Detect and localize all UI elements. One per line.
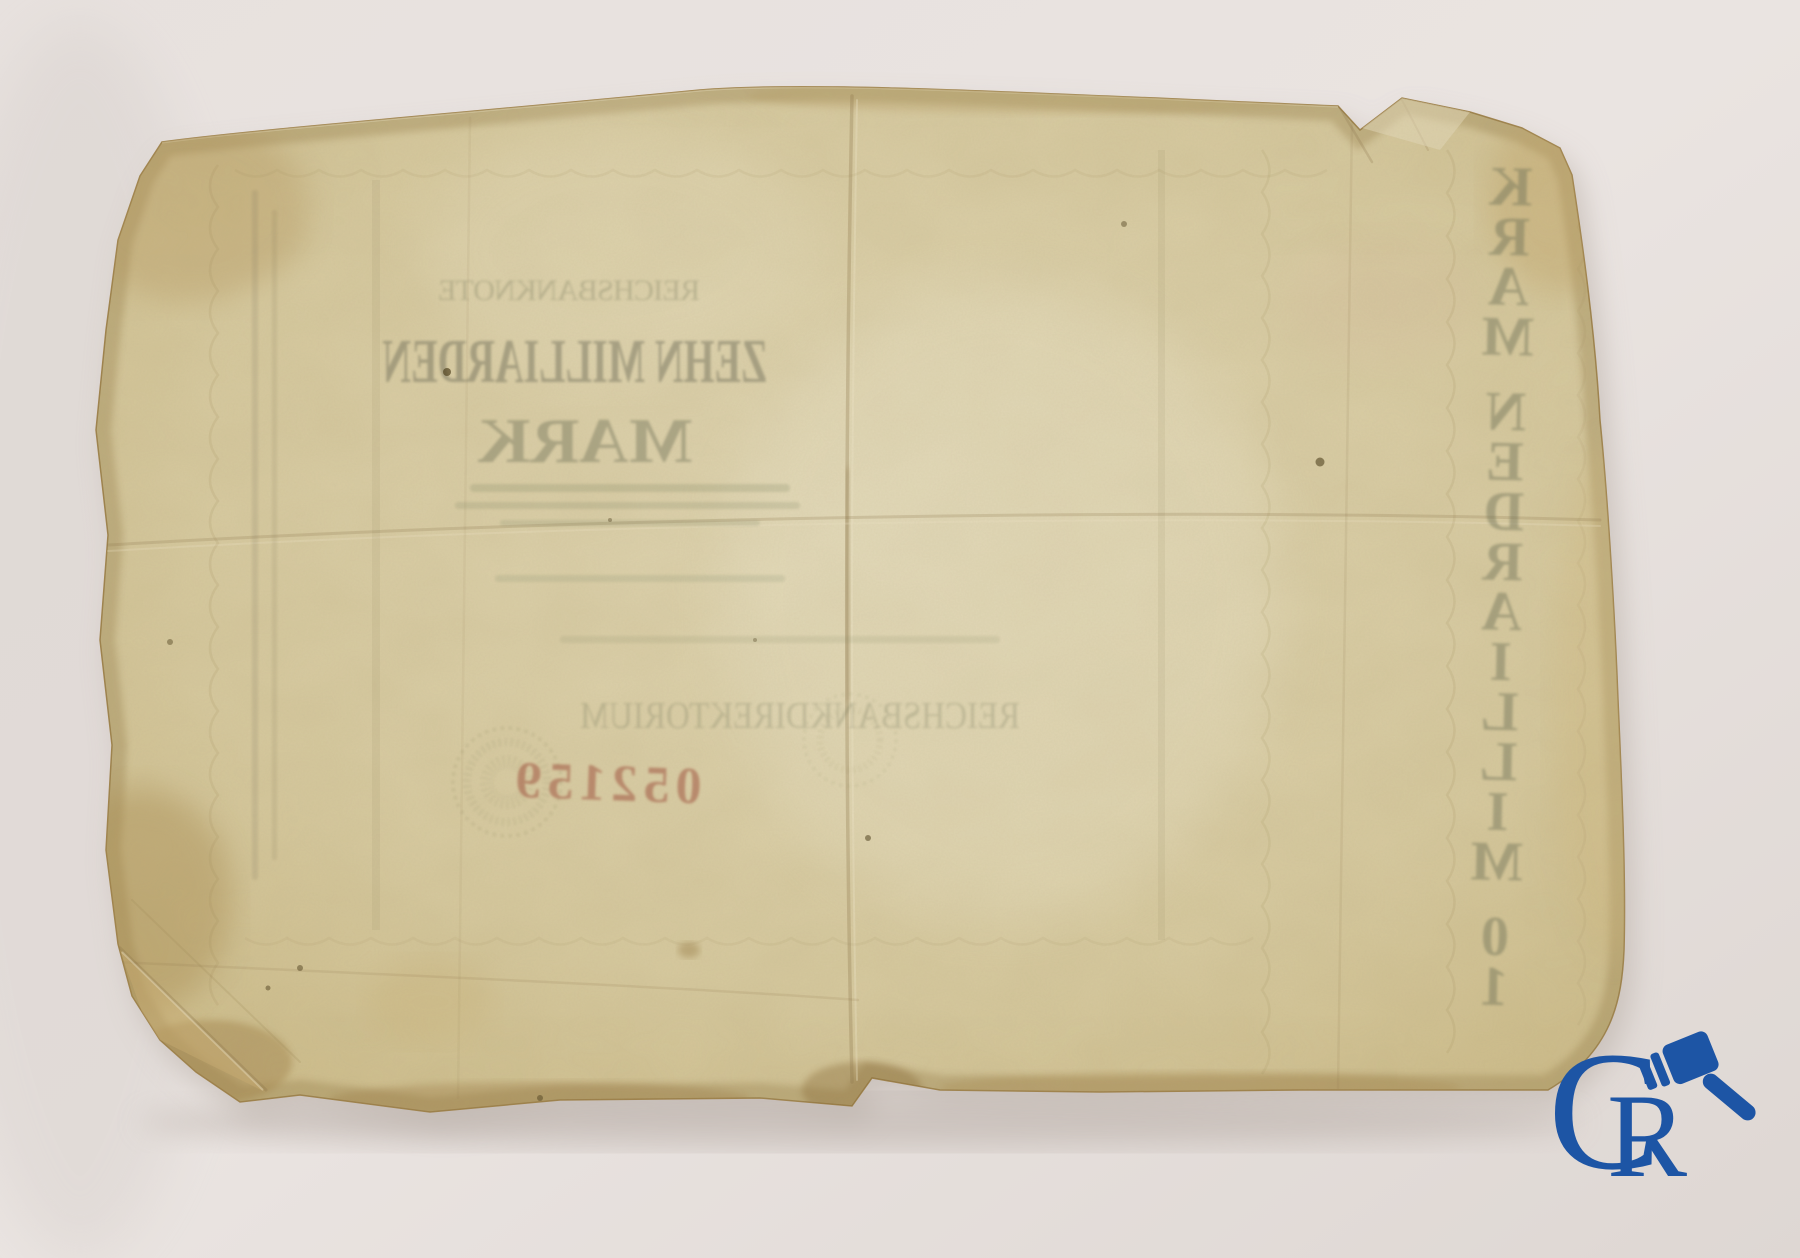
banknote: REICHSBANKNOTE ZEHN MILLIARDEN MARK REIC… bbox=[48, 60, 1680, 1180]
paper-grain bbox=[60, 60, 1680, 1180]
logo-letter-r: R bbox=[1607, 1069, 1687, 1202]
photo-canvas: REICHSBANKNOTE ZEHN MILLIARDEN MARK REIC… bbox=[0, 0, 1800, 1258]
photo-of-banknote: REICHSBANKNOTE ZEHN MILLIARDEN MARK REIC… bbox=[0, 0, 1800, 1258]
